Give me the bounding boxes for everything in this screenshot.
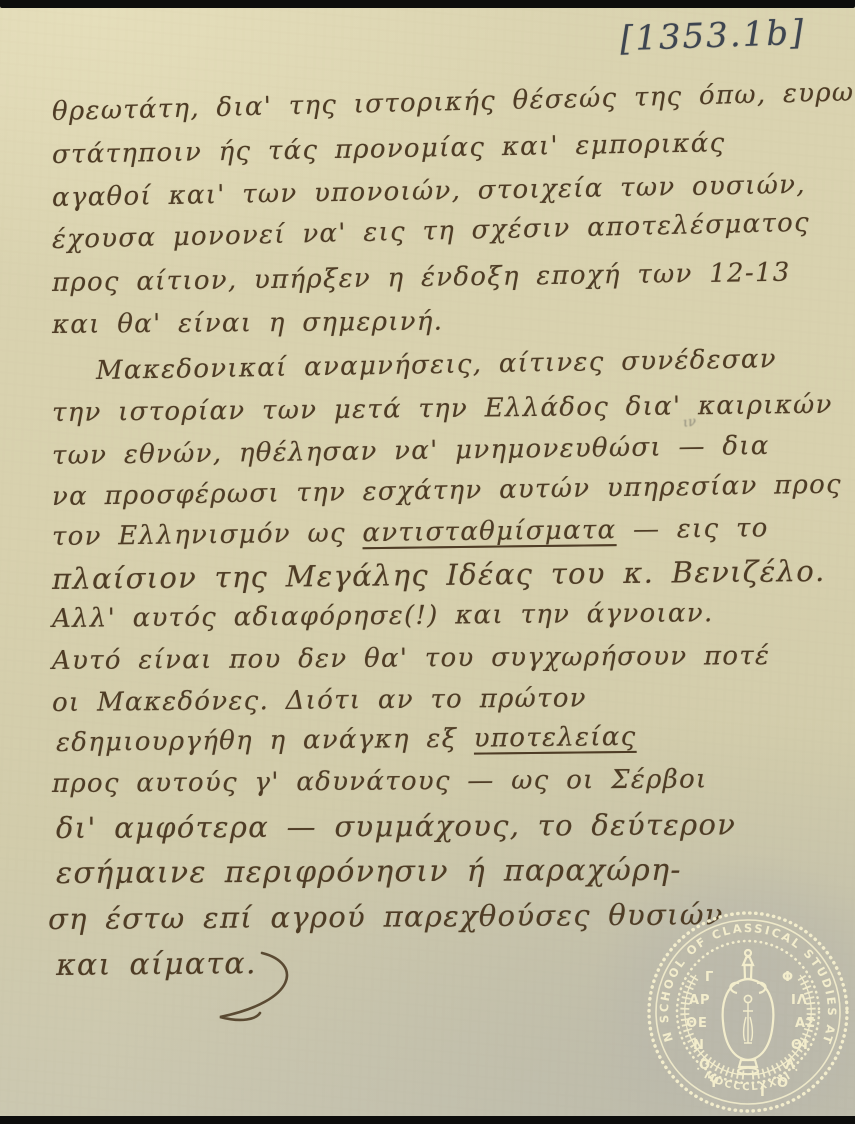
scan-edge-top: [0, 0, 855, 8]
library-seal: AMERICAN SCHOOL OF CLASSICAL STUDIES AT …: [643, 907, 853, 1117]
handwritten-line: έχουσα μονονεί να' εις τη σχέσιν αποτελέ…: [52, 208, 811, 255]
handwritten-line: ση έστω επί αγρού παρεχθούσες θυσιών: [48, 897, 724, 936]
seal-greek-letter: ΘΙ: [791, 1038, 809, 1053]
handwritten-line: τον Ελληνισμόν ως αντισταθμίσματα — εις …: [52, 513, 769, 552]
handwritten-line: των εθνών, ηθέλησαν να' μνημονευθώσι — δ…: [52, 431, 770, 471]
seal-greek-letter: ΙΛ: [791, 993, 808, 1008]
handwritten-line: στάτηποιν ής τάς προνομίας και' εμπορικά…: [52, 128, 726, 170]
handwritten-line: εδημιουργήθη η ανάγκη εξ υποτελείας: [56, 722, 637, 758]
seal-greek-letter: Ο: [777, 1076, 789, 1091]
handwritten-line: εσήμαινε περιφρόνησιν ή παραχώρη-: [56, 853, 682, 891]
handwritten-line: δι' αμφότερα — συμμάχους, το δεύτερον: [56, 807, 736, 845]
seal-greek-letter: ΘΕ: [686, 1016, 708, 1031]
handwritten-line: προς αίτιον, υπήρξεν η ένδοξη εποχή των …: [52, 258, 791, 298]
seal-greek-letter: Υ: [708, 1076, 719, 1091]
seal-greek-letter: Φ: [782, 970, 794, 985]
seal-greek-letter: ΑΣ: [795, 1016, 816, 1031]
handwritten-line: να προσφέρωσι την εσχάτην αυτών υπηρεσία…: [52, 470, 842, 512]
seal-greek-letter: Ν: [693, 1038, 705, 1053]
handwritten-line: αγαθοί και' των υπονοιών, στοιχεία των ο…: [52, 170, 806, 213]
handwritten-line: και θα' είναι η σημερινή.: [52, 307, 444, 340]
handwritten-line: προς αυτούς γ' αδυνάτους — ως οι Σέρβοι: [52, 764, 708, 799]
handwritten-line: και αίματα.: [56, 946, 257, 983]
handwritten-line: πλαίσιον της Μεγάλης Ιδέας του κ. Βενιζέ…: [52, 554, 826, 596]
scan-edge-bottom: [0, 1116, 855, 1124]
seal-greek-letter: Ι: [760, 1085, 766, 1100]
handwritten-line: οι Μακεδόνες. Διότι αν το πρώτον: [52, 683, 587, 718]
seal-greek-letter: Γ: [705, 970, 714, 985]
seal-greek-letter: Ο: [699, 1058, 711, 1073]
manuscript-page: [1353.1b] θρεωτάτη, δια' της ιστορικής θ…: [0, 0, 855, 1124]
ink-smudge: ιν: [682, 414, 700, 430]
seal-greek-letter: Λ: [785, 1058, 796, 1073]
handwritten-line: Αλλ' αυτός αδιαφόρησε(!) και την άγνοιαν…: [52, 598, 714, 634]
handwritten-line: θρεωτάτη, δια' της ιστορικής θέσεώς της …: [52, 76, 855, 127]
seal-amphora: [723, 950, 774, 1074]
handwritten-line: Αυτό είναι που δεν θα' του συγχωρήσουν π…: [52, 641, 770, 676]
seal-greek-letter: ΑΡ: [689, 993, 711, 1008]
archive-reference-number: [1353.1b]: [619, 13, 806, 59]
handwritten-line: την ιστορίαν των μετά την Ελλάδος δια' κ…: [52, 390, 833, 428]
handwritten-line: Μακεδονικαί αναμνήσεις, αίτινες συνέδεσα…: [96, 344, 777, 386]
